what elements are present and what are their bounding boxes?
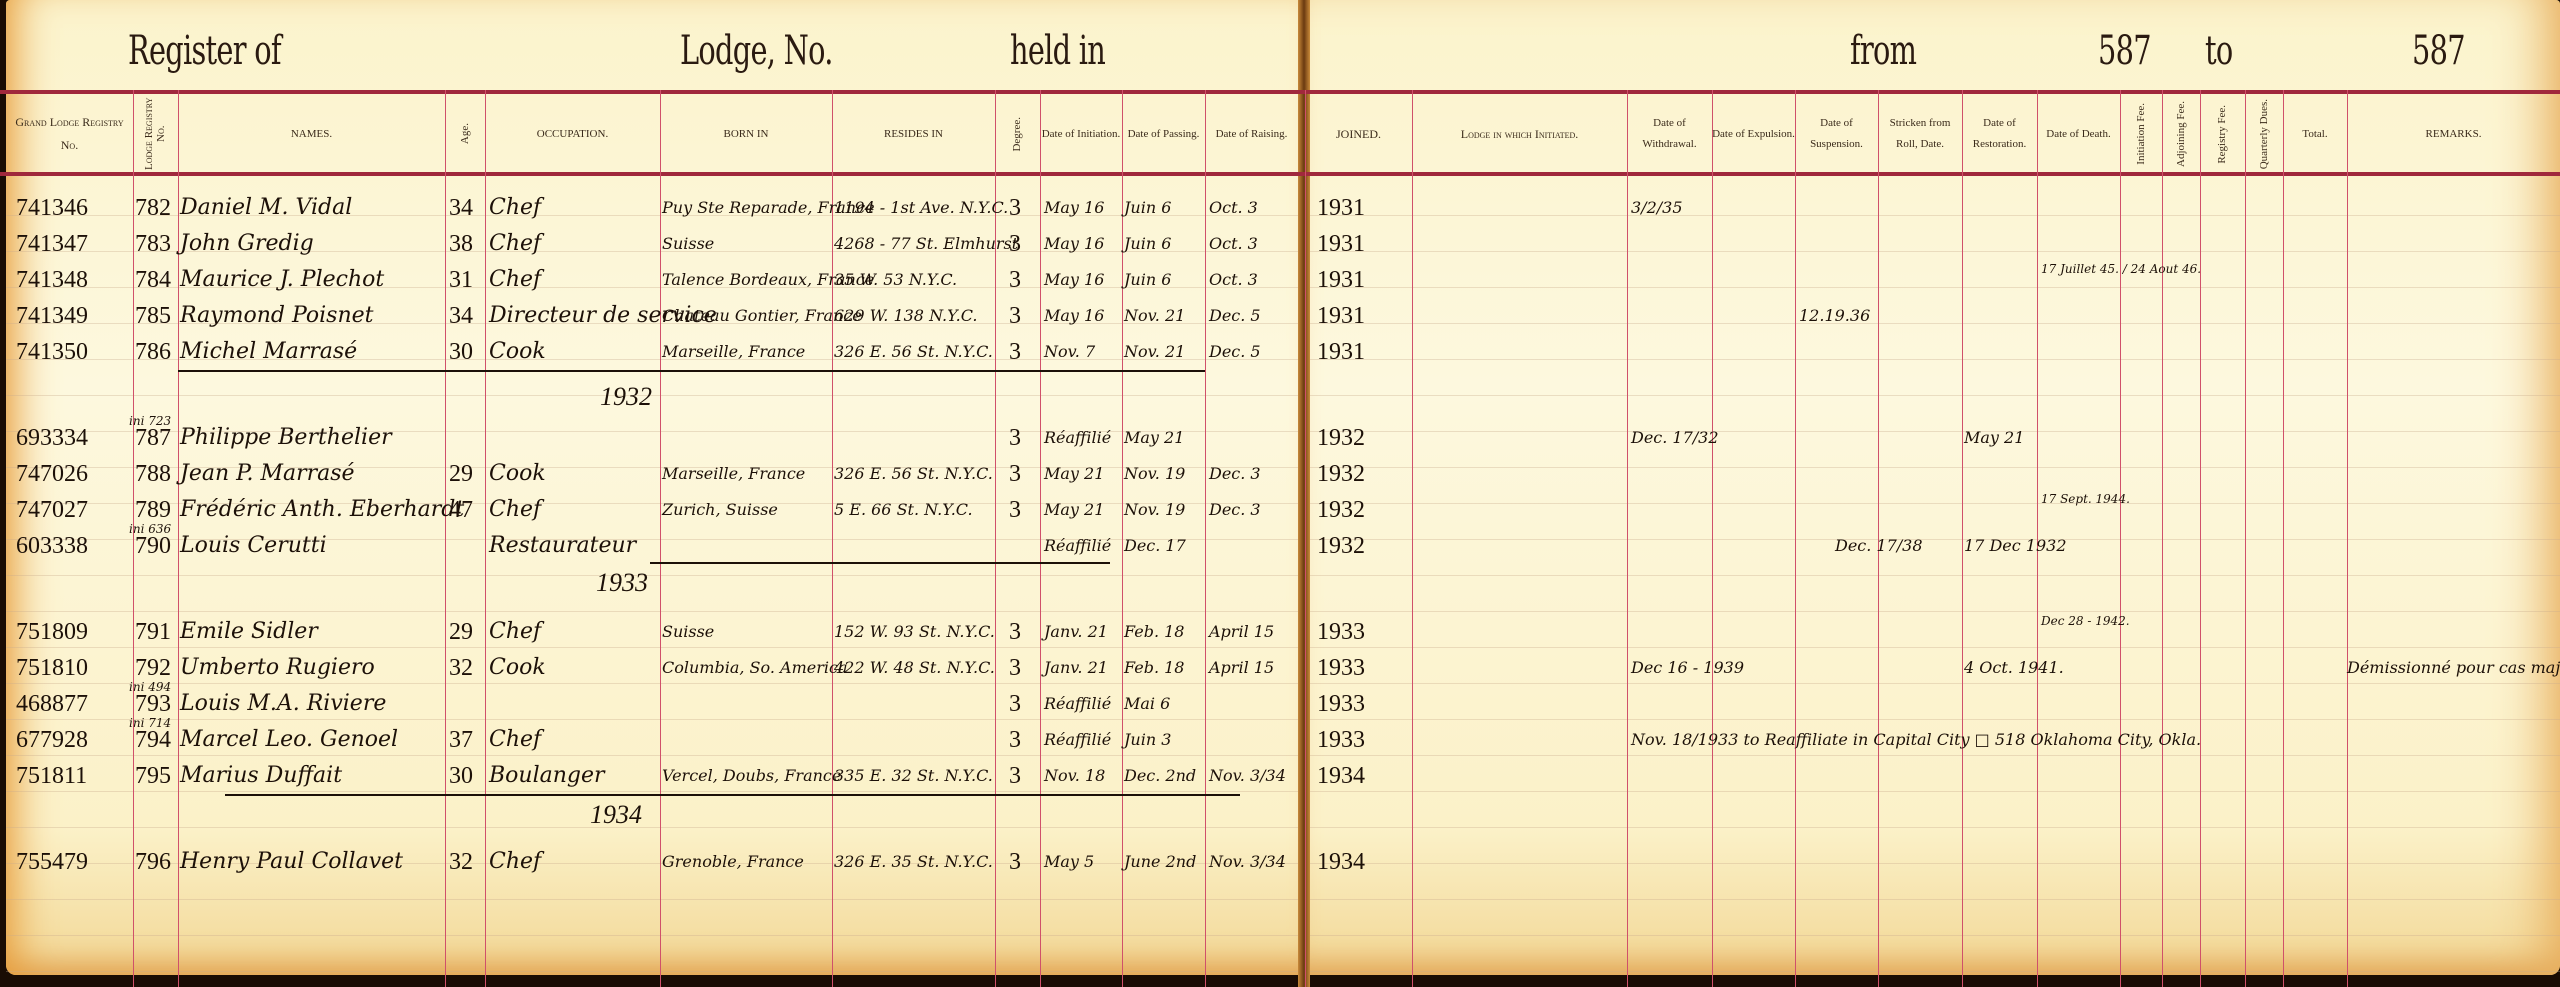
raising-cell: Dec. 3	[1209, 492, 1261, 528]
born-in-cell: Suisse	[662, 614, 714, 650]
grand-lodge-no-cell: 751809	[16, 614, 88, 650]
grand-lodge-no-cell: 603338	[16, 528, 88, 564]
joined-cell: 1932	[1317, 420, 1365, 456]
grand-lodge-no-cell: 741350	[16, 334, 88, 370]
occupation-cell: Cook	[489, 456, 546, 492]
occupation-cell: Chef	[489, 614, 541, 650]
name-cell: Raymond Poisnet	[180, 298, 373, 334]
resides-in-cell: 1194 - 1st Ave. N.Y.C.	[834, 190, 1008, 226]
raising-cell: Nov. 3/34	[1209, 844, 1286, 880]
remarks-cell: Démissionné pour cas majeur.	[2347, 650, 2560, 686]
joined-cell: 1933	[1317, 614, 1365, 650]
initiation-cell: Réaffilié	[1044, 528, 1111, 564]
passing-cell: May 21	[1124, 420, 1184, 456]
resides-in-cell: 335 E. 32 St. N.Y.C.	[834, 758, 993, 794]
year-heading: 1934	[590, 800, 642, 830]
stricken-cell: Dec. 17/38	[1835, 528, 1923, 564]
to-value: 587	[2412, 28, 2465, 74]
column-header-label: Quarterly Dues.	[2258, 99, 2270, 169]
section-underline	[650, 562, 1110, 564]
column-line	[2200, 90, 2201, 987]
joined-cell: 1932	[1317, 528, 1365, 564]
lodge-no-cell: 784	[135, 262, 171, 298]
passing-cell: Mai 6	[1124, 686, 1170, 722]
age-cell: 31	[449, 262, 473, 298]
born-in-cell: Marseille, France	[662, 334, 805, 370]
lodge-note: ini 494	[129, 680, 171, 694]
column-header-label: Date of Expulsion.	[1712, 124, 1795, 145]
degree-cell: 3	[1009, 190, 1021, 226]
name-cell: Daniel M. Vidal	[180, 190, 352, 226]
joined-cell: 1933	[1317, 650, 1365, 686]
joined-cell: 1932	[1317, 492, 1365, 528]
passing-cell: Juin 6	[1124, 226, 1171, 262]
joined-cell: 1933	[1317, 686, 1365, 722]
resides-in-cell: 326 E. 56 St. N.Y.C.	[834, 334, 993, 370]
column-header-label: Registry Fee.	[2216, 105, 2228, 164]
passing-cell: Juin 6	[1124, 262, 1171, 298]
withdrawal-cell: 3/2/35	[1631, 190, 1683, 226]
column-header-label: Initiation Fee.	[2135, 103, 2147, 165]
passing-cell: Feb. 18	[1124, 614, 1184, 650]
born-in-cell: Columbia, So. America	[662, 650, 847, 686]
resides-in-cell: 4268 - 77 St. Elmhurst	[834, 226, 1018, 262]
initiation-cell: Réaffilié	[1044, 686, 1111, 722]
column-header-label: Age.	[459, 123, 471, 144]
name-cell: John Gredig	[180, 226, 314, 262]
joined-cell: 1931	[1317, 334, 1365, 370]
born-in-cell: Marseille, France	[662, 456, 805, 492]
name-cell: Louis M.A. Riviere	[180, 686, 386, 722]
name-cell: Frédéric Anth. Eberhardt	[180, 492, 464, 528]
column-header-label: Date of Suspension.	[1795, 113, 1878, 155]
column-line	[1795, 90, 1796, 987]
lodge-note: ini 714	[129, 716, 171, 730]
column-line	[1627, 90, 1628, 987]
restoration-cell: 4 Oct. 1941.	[1964, 650, 2064, 686]
initiation-cell: May 21	[1044, 456, 1104, 492]
degree-cell: 3	[1009, 758, 1021, 794]
age-cell: 30	[449, 334, 473, 370]
column-header-date-of-passing: Date of Passing.	[1122, 96, 1205, 172]
grand-lodge-no-cell: 693334	[16, 420, 88, 456]
column-header-grand-lodge-registry-no: Grand Lodge Registry No.	[6, 96, 133, 172]
grand-lodge-no-cell: 751810	[16, 650, 88, 686]
age-cell: 47	[449, 492, 473, 528]
occupation-cell: Restaurateur	[489, 528, 636, 564]
grand-lodge-no-cell: 741348	[16, 262, 88, 298]
initiation-cell: May 16	[1044, 298, 1104, 334]
column-header-adjoining-fee: Adjoining Fee.	[2162, 96, 2200, 172]
column-line	[445, 90, 446, 987]
resides-in-cell: 5 E. 66 St. N.Y.C.	[834, 492, 973, 528]
column-header-date-of-withdrawal: Date of Withdrawal.	[1627, 96, 1712, 172]
grand-lodge-no-cell: 468877	[16, 686, 88, 722]
column-header-date-of-initiation: Date of Initiation.	[1040, 96, 1122, 172]
passing-cell: Nov. 19	[1124, 456, 1185, 492]
occupation-cell: Chef	[489, 492, 541, 528]
lodge-note: ini 723	[129, 414, 171, 428]
initiation-cell: May 21	[1044, 492, 1104, 528]
initiation-cell: Nov. 7	[1044, 334, 1095, 370]
initiation-cell: May 16	[1044, 226, 1104, 262]
title-from: from	[1850, 28, 1916, 74]
name-cell: Marcel Leo. Genoel	[180, 722, 398, 758]
column-header-age: Age.	[445, 96, 485, 172]
passing-cell: Dec. 2nd	[1124, 758, 1196, 794]
degree-cell: 3	[1009, 262, 1021, 298]
withdrawal-cell: Dec 16 - 1939	[1631, 650, 1744, 686]
raising-cell: Nov. 3/34	[1209, 758, 1286, 794]
passing-cell: June 2nd	[1124, 844, 1196, 880]
passing-cell: Juin 6	[1124, 190, 1171, 226]
degree-cell: 3	[1009, 334, 1021, 370]
name-cell: Maurice J. Plechot	[180, 262, 384, 298]
joined-cell: 1931	[1317, 298, 1365, 334]
name-cell: Philippe Berthelier	[180, 420, 392, 456]
column-line	[2347, 90, 2348, 987]
column-header-label: RESIDES IN	[884, 124, 943, 145]
from-value: 587	[2098, 28, 2151, 74]
degree-cell: 3	[1009, 614, 1021, 650]
joined-cell: 1933	[1317, 722, 1365, 758]
column-header-label: Date of Restoration.	[1962, 113, 2037, 155]
passing-cell: Nov. 21	[1124, 334, 1185, 370]
column-header-names: NAMES.	[178, 96, 445, 172]
column-line	[660, 90, 661, 987]
lodge-no-cell: 785	[135, 298, 171, 334]
column-header-label: Adjoining Fee.	[2175, 101, 2187, 167]
column-header-label: OCCUPATION.	[537, 124, 608, 145]
column-header-date-of-raising: Date of Raising.	[1205, 96, 1298, 172]
resides-in-cell: 629 W. 138 N.Y.C.	[834, 298, 977, 334]
column-header-resides-in: RESIDES IN	[832, 96, 995, 172]
initiation-cell: May 16	[1044, 190, 1104, 226]
column-header-label: JOINED.	[1336, 123, 1381, 146]
title-lodge-no: Lodge, No.	[680, 28, 833, 74]
resides-in-cell: 326 E. 35 St. N.Y.C.	[834, 844, 993, 880]
name-cell: Umberto Rugiero	[180, 650, 375, 686]
raising-cell: Oct. 3	[1209, 262, 1258, 298]
age-cell: 34	[449, 190, 473, 226]
born-in-cell: Chateau Gontier, France	[662, 298, 862, 334]
occupation-cell: Cook	[489, 334, 546, 370]
initiation-cell: May 5	[1044, 844, 1094, 880]
born-in-cell: Zurich, Suisse	[662, 492, 778, 528]
column-line	[1712, 90, 1713, 987]
column-header-label: Lodge Registry No.	[143, 96, 167, 172]
degree-cell: 3	[1009, 650, 1021, 686]
joined-cell: 1934	[1317, 844, 1365, 880]
initiation-cell: Réaffilié	[1044, 420, 1111, 456]
column-header-initiation-fee: Initiation Fee.	[2120, 96, 2162, 172]
column-line	[1412, 90, 1413, 987]
occupation-cell: Boulanger	[489, 758, 605, 794]
year-heading: 1932	[600, 382, 652, 412]
age-cell: 34	[449, 298, 473, 334]
column-header-date-of-expulsion: Date of Expulsion.	[1712, 96, 1795, 172]
name-cell: Louis Cerutti	[180, 528, 327, 564]
raising-cell: Oct. 3	[1209, 190, 1258, 226]
column-line	[1040, 90, 1041, 987]
title-held-in: held in	[1010, 28, 1105, 74]
resides-in-cell: 35 W. 53 N.Y.C.	[834, 262, 957, 298]
column-header-label: Date of Death.	[2046, 124, 2110, 145]
column-header-label: NAMES.	[291, 124, 332, 145]
joined-cell: 1931	[1317, 262, 1365, 298]
column-line	[133, 90, 134, 987]
born-in-cell: Suisse	[662, 226, 714, 262]
restoration-cell: May 21	[1964, 420, 2024, 456]
joined-cell: 1931	[1317, 226, 1365, 262]
header-bottom-rule	[0, 172, 2560, 176]
column-line	[1305, 90, 1306, 987]
column-header-total: Total.	[2283, 96, 2347, 172]
age-cell: 32	[449, 650, 473, 686]
column-header-label: Grand Lodge Registry No.	[6, 111, 133, 157]
column-header-label: Date of Passing.	[1128, 124, 1200, 145]
column-header-label: Total.	[2302, 124, 2327, 145]
passing-cell: Nov. 21	[1124, 298, 1185, 334]
column-header-remarks: REMARKS.	[2347, 96, 2560, 172]
column-header-born-in: BORN IN	[660, 96, 832, 172]
born-in-cell: Vercel, Doubs, France	[662, 758, 841, 794]
initiation-cell: Janv. 21	[1044, 650, 1108, 686]
title-to: to	[2205, 28, 2232, 74]
raising-cell: April 15	[1209, 650, 1274, 686]
lodge-no-cell: 791	[135, 614, 171, 650]
column-header-quarterly-dues: Quarterly Dues.	[2245, 96, 2283, 172]
lodge-no-cell: 783	[135, 226, 171, 262]
column-header-date-of-restoration: Date of Restoration.	[1962, 96, 2037, 172]
occupation-cell: Chef	[489, 226, 541, 262]
column-header-date-of-death: Date of Death.	[2037, 96, 2120, 172]
column-header-label: Date of Raising.	[1216, 124, 1288, 145]
suspension-cell: 12.19.36	[1799, 298, 1870, 334]
death-cell: Dec 28 - 1942.	[2041, 614, 2130, 628]
degree-cell: 3	[1009, 226, 1021, 262]
column-header-label: Stricken from Roll, Date.	[1878, 113, 1962, 155]
withdrawal-note-cell: Nov. 18/1933 to Reaffiliate in Capital C…	[1631, 722, 2201, 758]
column-header-lodge-registry-no: Lodge Registry No.	[133, 96, 178, 172]
resides-in-cell: 422 W. 48 St. N.Y.C.	[834, 650, 995, 686]
grand-lodge-no-cell: 747026	[16, 456, 88, 492]
age-cell: 32	[449, 844, 473, 880]
age-cell: 30	[449, 758, 473, 794]
age-cell: 29	[449, 456, 473, 492]
column-header-label: BORN IN	[724, 124, 769, 145]
grand-lodge-no-cell: 741349	[16, 298, 88, 334]
header-top-rule	[0, 90, 2560, 94]
name-cell: Emile Sidler	[180, 614, 318, 650]
column-line	[2120, 90, 2121, 987]
title-register-of: Register of	[128, 28, 281, 74]
initiation-cell: Réaffilié	[1044, 722, 1111, 758]
death-cell: 17 Sept. 1944.	[2041, 492, 2130, 506]
joined-cell: 1932	[1317, 456, 1365, 492]
column-line	[1122, 90, 1123, 987]
occupation-cell: Chef	[489, 722, 541, 758]
raising-cell: Dec. 3	[1209, 456, 1261, 492]
column-header-registry-fee: Registry Fee.	[2200, 96, 2245, 172]
column-header-date-of-suspension: Date of Suspension.	[1795, 96, 1878, 172]
passing-cell: Juin 3	[1124, 722, 1171, 758]
lodge-no-cell: 788	[135, 456, 171, 492]
column-line	[2162, 90, 2163, 987]
degree-cell: 3	[1009, 456, 1021, 492]
resides-in-cell: 152 W. 93 St. N.Y.C.	[834, 614, 995, 650]
column-line	[2245, 90, 2246, 987]
degree-cell: 3	[1009, 492, 1021, 528]
column-header-label: Date of Withdrawal.	[1627, 113, 1712, 155]
raising-cell: Dec. 5	[1209, 298, 1261, 334]
joined-cell: 1931	[1317, 190, 1365, 226]
column-header-stricken-from-roll-date: Stricken from Roll, Date.	[1878, 96, 1962, 172]
name-cell: Marius Duffait	[180, 758, 342, 794]
grand-lodge-no-cell: 741347	[16, 226, 88, 262]
lodge-note: ini 636	[129, 522, 171, 536]
column-header-degree: Degree.	[995, 96, 1040, 172]
degree-cell: 3	[1009, 298, 1021, 334]
degree-cell: 3	[1009, 722, 1021, 758]
column-header-label: Lodge in which Initiated.	[1461, 123, 1579, 146]
age-cell: 37	[449, 722, 473, 758]
initiation-cell: May 16	[1044, 262, 1104, 298]
age-cell: 29	[449, 614, 473, 650]
name-cell: Michel Marrasé	[180, 334, 357, 370]
passing-cell: Dec. 17	[1124, 528, 1186, 564]
initiation-cell: Janv. 21	[1044, 614, 1108, 650]
lodge-no-cell: 782	[135, 190, 171, 226]
passing-cell: Feb. 18	[1124, 650, 1184, 686]
column-header-joined: JOINED.	[1305, 96, 1412, 172]
column-header-label: Degree.	[1011, 117, 1023, 152]
year-heading: 1933	[596, 568, 648, 598]
born-in-cell: Grenoble, France	[662, 844, 804, 880]
withdrawal-cell: Dec. 17/32	[1631, 420, 1719, 456]
column-line	[1205, 90, 1206, 987]
column-line	[2283, 90, 2284, 987]
column-line	[178, 90, 179, 987]
column-line	[485, 90, 486, 987]
joined-cell: 1934	[1317, 758, 1365, 794]
raising-cell: Dec. 5	[1209, 334, 1261, 370]
grand-lodge-no-cell: 755479	[16, 844, 88, 880]
occupation-cell: Chef	[489, 844, 541, 880]
degree-cell: 3	[1009, 844, 1021, 880]
name-cell: Jean P. Marrasé	[180, 456, 355, 492]
degree-cell: 3	[1009, 420, 1021, 456]
grand-lodge-no-cell: 747027	[16, 492, 88, 528]
lodge-no-cell: 795	[135, 758, 171, 794]
section-underline	[225, 794, 1240, 796]
degree-cell: 3	[1009, 686, 1021, 722]
grand-lodge-no-cell: 741346	[16, 190, 88, 226]
resides-in-cell: 326 E. 56 St. N.Y.C.	[834, 456, 993, 492]
raising-cell: Oct. 3	[1209, 226, 1258, 262]
grand-lodge-no-cell: 677928	[16, 722, 88, 758]
occupation-cell: Cook	[489, 650, 546, 686]
name-cell: Henry Paul Collavet	[180, 844, 403, 880]
initiation-cell: Nov. 18	[1044, 758, 1105, 794]
death-cell: 17 Juillet 45. / 24 Aout 46.	[2041, 262, 2201, 276]
column-header-lodge-in-which-initiated: Lodge in which Initiated.	[1412, 96, 1627, 172]
restoration-cell: 17 Dec 1932	[1964, 528, 2067, 564]
occupation-cell: Chef	[489, 190, 541, 226]
occupation-cell: Chef	[489, 262, 541, 298]
column-header-label: Date of Initiation.	[1042, 124, 1121, 145]
raising-cell: April 15	[1209, 614, 1274, 650]
grand-lodge-no-cell: 751811	[16, 758, 87, 794]
passing-cell: Nov. 19	[1124, 492, 1185, 528]
column-line	[1962, 90, 1963, 987]
column-header-occupation: OCCUPATION.	[485, 96, 660, 172]
section-underline	[178, 370, 1205, 372]
lodge-no-cell: 786	[135, 334, 171, 370]
age-cell: 38	[449, 226, 473, 262]
column-header-label: REMARKS.	[2426, 124, 2482, 145]
lodge-no-cell: 796	[135, 844, 171, 880]
